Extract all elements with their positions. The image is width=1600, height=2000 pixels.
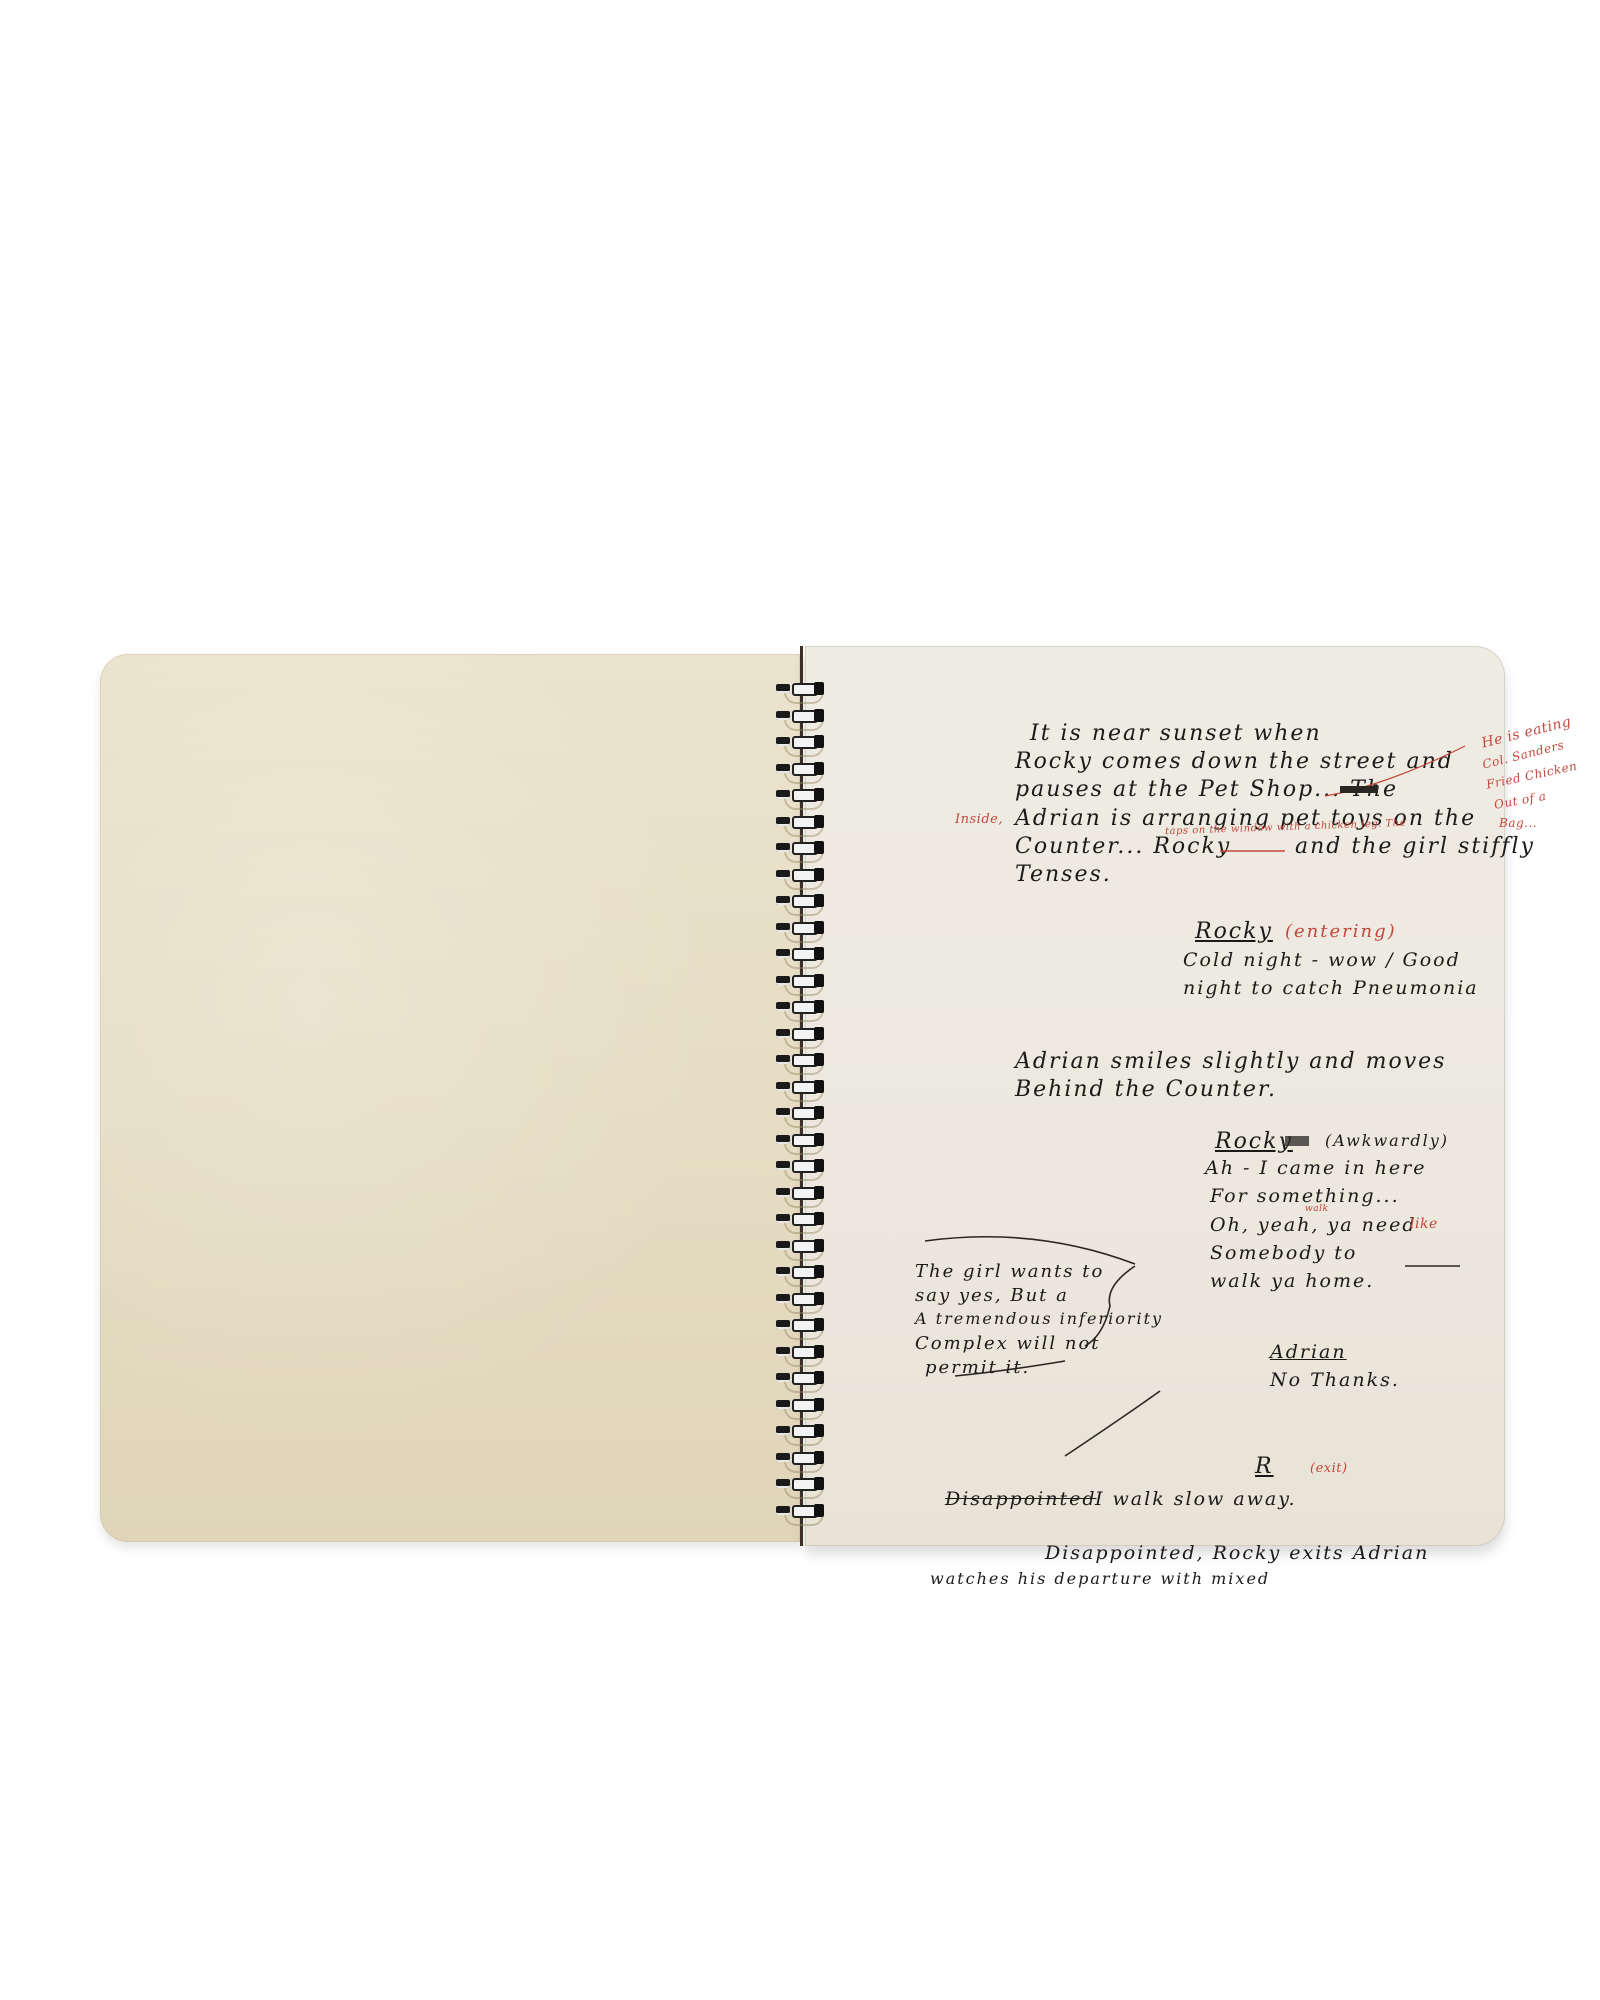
spiral-ring [776, 1212, 828, 1228]
spiral-ring [776, 1424, 828, 1440]
spiral-ring [776, 788, 828, 804]
spiral-ring [776, 947, 828, 963]
spiral-ring [776, 1292, 828, 1308]
spiral-ring [776, 1345, 828, 1361]
spiral-ring [776, 1265, 828, 1281]
spiral-ring [776, 1318, 828, 1334]
spiral-ring [776, 1000, 828, 1016]
spiral-ring [776, 868, 828, 884]
spiral-ring [776, 1133, 828, 1149]
spiral-ring [776, 1106, 828, 1122]
spiral-ring [776, 1504, 828, 1520]
spiral-ring [776, 1186, 828, 1202]
spiral-notebook: It is near sunset when Rocky comes down … [100, 646, 1508, 1546]
spiral-ring [776, 974, 828, 990]
spiral-ring [776, 1371, 828, 1387]
script-line: watches his departure with mixed [930, 1569, 1270, 1588]
spiral-ring [776, 1239, 828, 1255]
spiral-ring [776, 921, 828, 937]
spiral-ring [776, 709, 828, 725]
spiral-ring [776, 762, 828, 778]
left-page-blank [100, 654, 800, 1542]
spiral-ring [776, 1398, 828, 1414]
pen-strokes [805, 646, 1505, 1546]
spiral-ring [776, 841, 828, 857]
spiral-ring [776, 735, 828, 751]
spiral-ring [776, 1080, 828, 1096]
spiral-ring [776, 1451, 828, 1467]
spiral-ring [776, 1159, 828, 1175]
spiral-ring [776, 1477, 828, 1493]
spiral-ring [776, 1027, 828, 1043]
spiral-ring [776, 815, 828, 831]
right-page-handwritten: It is near sunset when Rocky comes down … [805, 646, 1505, 1546]
spiral-ring [776, 682, 828, 698]
handwritten-script: It is near sunset when Rocky comes down … [805, 646, 1505, 1546]
spiral-ring [776, 894, 828, 910]
spiral-binding [776, 682, 828, 1532]
spiral-ring [776, 1053, 828, 1069]
